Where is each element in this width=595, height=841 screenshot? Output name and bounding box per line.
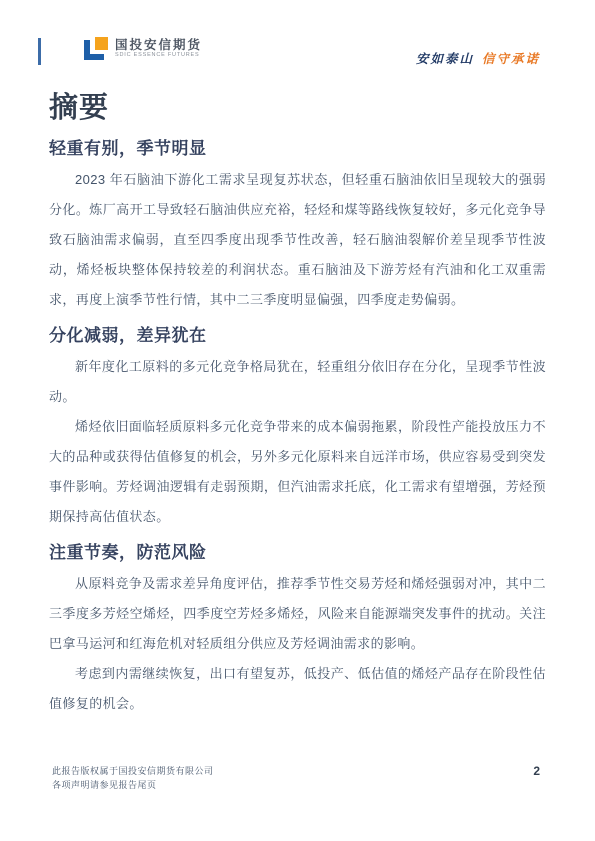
section-1-paragraph-1: 2023 年石脑油下游化工需求呈现复苏状态，但轻重石脑油依旧呈现较大的强弱分化。…	[49, 165, 546, 315]
copyright-line-1: 此报告版权属于国投安信期货有限公司	[52, 764, 214, 778]
copyright-notice: 此报告版权属于国投安信期货有限公司 各项声明请参见报告尾页	[52, 764, 214, 792]
section-3: 注重节奏，防范风险 从原料竞争及需求差异角度评估，推荐季节性交易芳烃和烯烃强弱对…	[49, 541, 546, 719]
page-header: 国投安信期货 SDIC ESSENCE FUTURES 安如泰山信守承诺	[0, 0, 595, 80]
section-2-paragraph-1: 新年度化工原料的多元化竞争格局犹在，轻重组分依旧存在分化，呈现季节性波动。	[49, 352, 546, 412]
section-2: 分化减弱，差异犹在 新年度化工原料的多元化竞争格局犹在，轻重组分依旧存在分化，呈…	[49, 324, 546, 532]
section-2-heading: 分化减弱，差异犹在	[49, 324, 546, 348]
page-title: 摘要	[49, 88, 546, 128]
slogan-part-2: 信守承诺	[482, 52, 540, 66]
section-3-paragraph-2: 考虑到内需继续恢复，出口有望复苏，低投产、低估值的烯烃产品存在阶段性估值修复的机…	[49, 659, 546, 719]
report-content: 摘要 轻重有别，季节明显 2023 年石脑油下游化工需求呈现复苏状态，但轻重石脑…	[49, 88, 546, 719]
company-name-en: SDIC ESSENCE FUTURES	[115, 52, 202, 59]
section-2-paragraph-2: 烯烃依旧面临轻质原料多元化竞争带来的成本偏弱拖累，阶段性产能投放压力不大的品种或…	[49, 412, 546, 532]
slogan-part-1: 安如泰山	[416, 52, 474, 66]
page-footer: 此报告版权属于国投安信期货有限公司 各项声明请参见报告尾页 2	[52, 764, 540, 792]
report-page: 国投安信期货 SDIC ESSENCE FUTURES 安如泰山信守承诺 摘要 …	[0, 0, 595, 841]
header-accent-bar	[38, 38, 41, 65]
section-3-paragraph-1: 从原料竞争及需求差异角度评估，推荐季节性交易芳烃和烯烃强弱对冲，其中二三季度多芳…	[49, 569, 546, 659]
section-1-heading: 轻重有别，季节明显	[49, 137, 546, 161]
company-slogan: 安如泰山信守承诺	[416, 49, 540, 67]
copyright-line-2: 各项声明请参见报告尾页	[52, 778, 214, 792]
company-name-cn: 国投安信期货	[115, 38, 202, 52]
company-logo-icon	[84, 37, 108, 60]
page-number: 2	[533, 764, 540, 778]
company-logo: 国投安信期货 SDIC ESSENCE FUTURES	[84, 37, 202, 60]
section-3-heading: 注重节奏，防范风险	[49, 541, 546, 565]
section-1: 轻重有别，季节明显 2023 年石脑油下游化工需求呈现复苏状态，但轻重石脑油依旧…	[49, 137, 546, 315]
